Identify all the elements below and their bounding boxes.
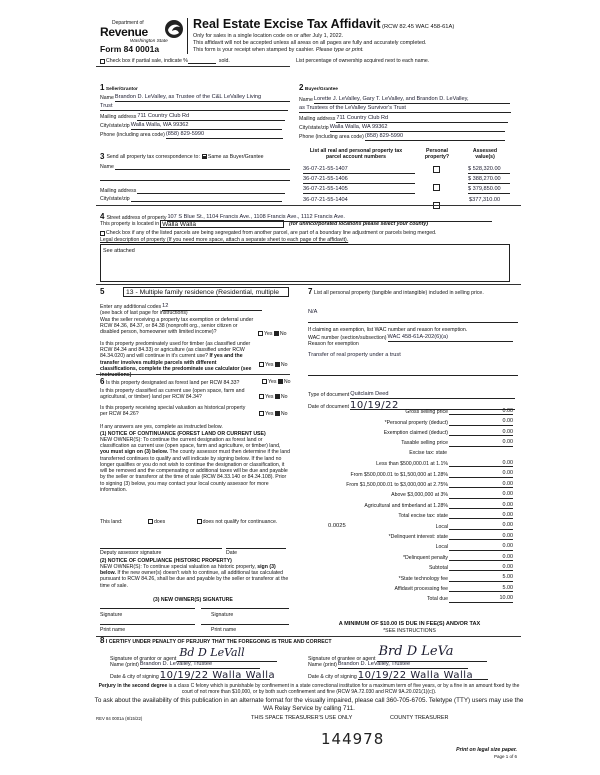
personal-property-line[interactable] bbox=[308, 322, 518, 323]
no-label: No bbox=[281, 394, 288, 400]
assessed-value-field[interactable]: $ 388,270.00 bbox=[468, 176, 510, 184]
personal-property-label: 7 List all personal property (tangible a… bbox=[308, 287, 513, 297]
tax-row: Gross selling price0.00 bbox=[303, 408, 513, 415]
historic-question: Is this property receiving special valua… bbox=[100, 405, 250, 417]
tax-value[interactable]: 0.00 bbox=[483, 522, 513, 529]
yes-label: Yes bbox=[268, 379, 276, 385]
grantee-date-field[interactable]: 10/19/22 Walla Walla bbox=[358, 670, 488, 680]
grantor-date-row: Date & city of signing 10/19/22 Walla Wa… bbox=[110, 670, 270, 680]
deputy-sig-line[interactable] bbox=[100, 548, 222, 549]
if-yes-note: If any answers are yes, complete as inst… bbox=[100, 424, 223, 430]
grantor-signature: Bd D LeVall bbox=[179, 646, 244, 659]
forest-question: 6 Is this property designated as forest … bbox=[100, 377, 260, 387]
buyer-city-row: City/state/zip Walla Walla, WA 99362 bbox=[299, 124, 505, 132]
partial-sale-row: Check box if partial sale, indicate % so… bbox=[100, 58, 230, 64]
seller-mailing-row: Mailing address 711 Country Club Rd bbox=[100, 113, 285, 121]
wac-number: WAC 458-61A-202(6)(a) bbox=[388, 334, 448, 340]
owner-sig-label-2: Signature bbox=[211, 612, 233, 618]
tax-label: From $500,000.01 to $1,500,000 at 1.28% bbox=[303, 472, 449, 478]
tax-row: Taxable selling price0.00 bbox=[303, 439, 513, 446]
grantee-name-label: Name (print) bbox=[308, 662, 337, 668]
buyer-city-field[interactable]: Walla Walla, WA 99362 bbox=[330, 124, 505, 132]
tax-row: From $500,000.01 to $1,500,000 at 1.28%0… bbox=[303, 470, 513, 477]
tax-label: Taxable selling price bbox=[303, 440, 449, 446]
seller-phone-label: Phone (including area code) bbox=[100, 132, 165, 138]
historic-no-checkbox[interactable] bbox=[275, 411, 280, 416]
section6-rule bbox=[96, 374, 290, 375]
minimum-due-note: A MINIMUM OF $10.00 IS DUE IN FEE(S) AND… bbox=[302, 621, 517, 628]
tax-label: Local bbox=[303, 524, 449, 530]
assessed-value: $ 379,850.00 bbox=[468, 186, 501, 192]
seller-name-field-2[interactable]: Trust bbox=[100, 103, 288, 111]
tax-value[interactable]: 0.00 bbox=[483, 408, 513, 415]
buyer-name-row2: as Trustees of the LeValley Survivor's T… bbox=[299, 105, 511, 113]
buyer-name-field-2[interactable]: as Trustees of the LeValley Survivor's T… bbox=[299, 105, 511, 113]
type-or-print-note: Please type or print. bbox=[316, 47, 364, 53]
location-select[interactable]: Walla Walla bbox=[160, 220, 284, 228]
tax-value[interactable]: 0.00 bbox=[483, 460, 513, 467]
title-row: Real Estate Excise Tax Affidavit (RCW 82… bbox=[193, 17, 454, 32]
leader-line bbox=[449, 462, 483, 467]
deputy-label: Deputy assessor signature bbox=[100, 550, 161, 556]
tax-label: Total excise tax: state bbox=[303, 513, 449, 519]
located-label: This property is located in bbox=[100, 221, 159, 227]
buyer-name-line2: as Trustees of the LeValley Survivor's T… bbox=[299, 105, 406, 111]
tax-value[interactable]: 0.00 bbox=[483, 564, 513, 571]
partial-sale-checkbox[interactable] bbox=[100, 59, 105, 64]
owner-print-label-2: Print name bbox=[211, 627, 236, 633]
historic-yes-checkbox[interactable] bbox=[259, 411, 264, 416]
seller-title: Seller/Grantor bbox=[106, 87, 138, 92]
tax-label: Exemption claimed (deduct) bbox=[303, 430, 449, 436]
exemption-yes-checkbox[interactable] bbox=[258, 331, 263, 336]
section5-rule bbox=[96, 284, 521, 285]
revenue-word: Revenue bbox=[100, 25, 148, 39]
buyer-city: Walla Walla, WA 99362 bbox=[330, 124, 388, 130]
parcel-number-field[interactable]: 36-07-21-55-1405 bbox=[303, 186, 415, 194]
owner-print-label-1: Print name bbox=[100, 627, 125, 633]
seller-name-label: Name bbox=[100, 95, 114, 101]
forest-question-text: Is this property designated as forest la… bbox=[106, 380, 240, 386]
buyer-phone-field[interactable]: (858) 829-5990 bbox=[365, 133, 505, 141]
accessibility-notice: To ask about the availability of this pu… bbox=[94, 697, 524, 712]
grantee-name-row: Name (print) Brandon D. LeValley, Truste… bbox=[308, 661, 468, 669]
buyer-heading: 2 Buyer/Grantee bbox=[299, 83, 338, 93]
seller-phone: (858) 829-5990 bbox=[166, 131, 204, 137]
tax-value[interactable]: 0.00 bbox=[483, 543, 513, 550]
seller-phone-field[interactable]: (858) 829-5990 bbox=[166, 131, 283, 139]
grantee-name: Brandon D. LeValley, Trustee bbox=[338, 661, 410, 667]
tax-row: *Personal property (deduct)0.00 bbox=[303, 418, 513, 425]
forest-answer: Yes No bbox=[262, 379, 291, 385]
exemption-answer: Yes No bbox=[258, 331, 287, 337]
tax-row: Less than $500,000.01 at 1.1%0.00 bbox=[303, 460, 513, 467]
does-not-label: does not qualify for continuance. bbox=[203, 519, 278, 525]
legal-label: Legal description of property (If you ne… bbox=[100, 237, 348, 243]
segregated-row: Check box if any of the listed parcels a… bbox=[100, 230, 436, 236]
grantor-name: Brandon D. LeValley, Trustee bbox=[140, 661, 212, 667]
county-treasurer-label: COUNTY TREASURER bbox=[390, 715, 448, 722]
corr-blank-line bbox=[100, 180, 290, 181]
page-title: Real Estate Excise Tax Affidavit bbox=[193, 17, 381, 31]
tax-row: Total due10.00 bbox=[303, 595, 513, 602]
personal-property-value: N/A bbox=[308, 309, 317, 316]
leader-line bbox=[449, 535, 483, 540]
section2-number: 2 bbox=[299, 83, 303, 92]
doc-type-row: Type of document Quitclaim Deed bbox=[308, 391, 515, 399]
no-label: No bbox=[281, 362, 288, 368]
header-divider bbox=[187, 18, 188, 54]
local-rate: 0.0025 bbox=[328, 523, 346, 530]
legal-description: See attached bbox=[103, 248, 135, 254]
seller-name-field[interactable]: Brandon D. LeValley, as Trustee of the C… bbox=[115, 94, 290, 102]
personal-property-checkbox[interactable] bbox=[433, 166, 440, 173]
reason-line[interactable] bbox=[308, 375, 518, 376]
revision-label: REV 84 0001a (8/15/22) bbox=[96, 716, 142, 721]
section6-number: 6 bbox=[100, 377, 104, 386]
treasurer-use-label: THIS SPACE TREASURER'S USE ONLY bbox=[251, 715, 352, 722]
personal-col-header: Personal property? bbox=[421, 148, 453, 160]
tax-label: From $1,500,000.01 to $3,000,000 at 2.75… bbox=[303, 482, 449, 488]
parcel-number-field[interactable]: 36-07-21-55-1406 bbox=[303, 176, 415, 184]
additional-codes: 12 bbox=[162, 303, 168, 309]
leader-line bbox=[449, 587, 483, 592]
timber-no-checkbox[interactable] bbox=[275, 362, 280, 367]
personal-property-checkbox[interactable] bbox=[433, 184, 440, 191]
notice1-part-c: The county assessor must then determine … bbox=[100, 449, 290, 492]
grantee-date-label: Date & city of signing bbox=[308, 674, 357, 680]
tax-value[interactable]: 0.00 bbox=[483, 533, 513, 540]
section8-number: 8 bbox=[100, 636, 104, 645]
leader-line bbox=[449, 431, 483, 436]
this-land-label: This land: bbox=[100, 519, 123, 525]
grantor-name-label: Name (print) bbox=[110, 662, 139, 668]
page-number: Page 1 of 6 bbox=[494, 754, 517, 759]
deputy-date-line[interactable] bbox=[226, 548, 286, 549]
perjury-notice: Perjury in the second degree is a class … bbox=[94, 683, 524, 695]
assessed-value-field[interactable]: $ 379,850.00 bbox=[468, 186, 510, 194]
yes-label: Yes bbox=[264, 331, 272, 337]
tax-label: Total due bbox=[303, 596, 449, 602]
section4-rule bbox=[96, 205, 521, 206]
personal-property-text: List all personal property (tangible and… bbox=[314, 290, 484, 296]
corr-name-label: Name bbox=[100, 164, 114, 170]
seller-city-field[interactable]: Walla Walla, WA 99362 bbox=[131, 122, 282, 130]
wac-field[interactable]: WAC 458-61A-202(6)(a) bbox=[388, 334, 513, 342]
assessed-value-field[interactable]: $ 528,320.00 bbox=[468, 166, 510, 174]
tax-label: *Personal property (deduct) bbox=[303, 420, 449, 426]
seller-phone-row: Phone (including area code) (858) 829-59… bbox=[100, 131, 283, 139]
current-use-answer: Yes No bbox=[259, 394, 288, 400]
assessed-col-header: Assessed value(s) bbox=[466, 148, 504, 160]
timber-yes-checkbox[interactable] bbox=[259, 362, 264, 367]
grantee-name-field[interactable]: Brandon D. LeValley, Trustee bbox=[338, 661, 468, 669]
parcel-row: 36-07-21-55-1406$ 388,270.00 bbox=[96, 8, 521, 16]
exemption-claim-label: If claiming an exemption, list WAC numbe… bbox=[308, 327, 467, 333]
sold-label: sold. bbox=[219, 58, 230, 64]
affidavit-page: Department of Revenue Washington State F… bbox=[96, 0, 521, 775]
grantor-date-city: 10/19/22 Walla Walla bbox=[160, 670, 275, 681]
does-qualify-checkbox[interactable] bbox=[148, 519, 153, 524]
extra-parcel-number: 36-07-21-55-1404 bbox=[303, 197, 348, 204]
segregated-label: Check box if any of the listed parcels a… bbox=[106, 230, 436, 236]
buyer-name-field[interactable]: Lorette J. LeValley, Gary T. LeValley, a… bbox=[314, 96, 510, 104]
ownership-note: List percentage of ownership acquired ne… bbox=[296, 58, 429, 64]
certify-statement: I CERTIFY UNDER PENALTY OF PERJURY THAT … bbox=[106, 639, 332, 645]
section3-number: 3 bbox=[100, 152, 104, 162]
seller-city: Walla Walla, WA 99362 bbox=[131, 122, 189, 128]
buyer-mailing-field[interactable]: 711 Country Club Rd bbox=[336, 115, 508, 123]
leader-line bbox=[449, 566, 483, 571]
yes-label: Yes bbox=[265, 411, 273, 417]
tax-value[interactable]: 0.00 bbox=[483, 429, 513, 436]
section1-rule bbox=[96, 66, 290, 67]
seller-name-line1: Brandon D. LeValley, as Trustee of the C… bbox=[115, 94, 261, 100]
same-as-buyer-checkbox[interactable] bbox=[202, 154, 207, 159]
receipt-note: This form is your receipt when stamped b… bbox=[193, 47, 314, 53]
corr-city-row: City/state/zip bbox=[100, 196, 282, 202]
seller-name-row2: Trust bbox=[100, 103, 288, 111]
corr-name-field[interactable] bbox=[115, 165, 290, 170]
tax-label: Above $3,000,000 at 3% bbox=[303, 492, 449, 498]
parcel-number: 36-07-21-55-1405 bbox=[303, 186, 348, 192]
leader-line bbox=[449, 577, 483, 582]
buyer-city-label: City/state/zip bbox=[299, 125, 329, 131]
tax-row: 0.0025Local0.00 bbox=[303, 522, 513, 529]
tax-value[interactable]: 0.00 bbox=[483, 418, 513, 425]
tax-heading: Excise tax: state bbox=[303, 450, 513, 456]
tax-row: Affidavit processing fee5.00 bbox=[303, 585, 513, 592]
leader-line bbox=[449, 494, 483, 499]
tax-label: Local bbox=[303, 544, 449, 550]
located-row: This property is located in Walla Walla … bbox=[100, 220, 428, 228]
rcw-reference: (RCW 82.45 WAC 458-61A) bbox=[382, 24, 454, 30]
leader-line bbox=[449, 556, 483, 561]
parcel-row: 36-07-21-55-1407$ 528,320.00 bbox=[96, 0, 521, 8]
corr-mailing-field[interactable] bbox=[137, 189, 285, 194]
current-use-no-checkbox[interactable] bbox=[275, 394, 280, 399]
grantor-date-field[interactable]: 10/19/22 Walla Walla bbox=[160, 670, 270, 680]
grantee-signature: Brd D LeVa bbox=[379, 644, 454, 660]
seller-name-line2: Trust bbox=[100, 103, 113, 109]
forest-yes-checkbox[interactable] bbox=[262, 379, 267, 384]
no-label: No bbox=[280, 331, 287, 337]
header-line3: This form is your receipt when stamped b… bbox=[193, 47, 364, 53]
tax-row: Above $3,000,000 at 3%0.00 bbox=[303, 491, 513, 498]
yes-label: Yes bbox=[265, 362, 273, 368]
parcel-col-header: List all real and personal property tax … bbox=[306, 148, 406, 160]
tax-value[interactable]: 5.00 bbox=[483, 585, 513, 592]
exemption-no-checkbox[interactable] bbox=[274, 331, 279, 336]
tax-label: Less than $500,000.01 at 1.1% bbox=[303, 461, 449, 467]
tax-row: From $1,500,000.01 to $3,000,000 at 2.75… bbox=[303, 481, 513, 488]
perjury-text: is a class C felony which is punishable … bbox=[169, 683, 520, 695]
tax-row: *Delinquent interest: state0.00 bbox=[303, 533, 513, 540]
buyer-phone: (858) 829-5990 bbox=[365, 133, 403, 139]
tax-value[interactable]: 10.00 bbox=[483, 595, 513, 602]
parcel-number-field[interactable]: 36-07-21-55-1407 bbox=[303, 166, 415, 174]
location-value: Walla Walla bbox=[162, 221, 196, 228]
assessed-value: $ 388,270.00 bbox=[468, 176, 501, 182]
leader-line bbox=[449, 483, 483, 488]
corr-mailing-row: Mailing address bbox=[100, 188, 285, 194]
tax-value[interactable]: 0.00 bbox=[483, 502, 513, 509]
tax-row: Agricultural and timberland at 1.28%0.00 bbox=[303, 502, 513, 509]
buyer-mailing-row: Mailing address 711 Country Club Rd bbox=[299, 115, 508, 123]
reason-label: Reason for exemption bbox=[308, 341, 359, 347]
stamp-number: 144978 bbox=[321, 730, 384, 748]
forest-no-checkbox[interactable] bbox=[278, 379, 283, 384]
tax-value[interactable]: 0.00 bbox=[483, 512, 513, 519]
seller-mailing: 711 Country Club Rd bbox=[137, 113, 189, 119]
buyer-mailing: 711 Country Club Rd bbox=[336, 115, 388, 121]
seller-name-row: Name Brandon D. LeValley, as Trustee of … bbox=[100, 94, 290, 102]
exemption-question: Was the seller receiving a property tax … bbox=[100, 317, 255, 336]
same-as-buyer-label: Same as Buyer/Grantee bbox=[208, 154, 264, 160]
tax-value[interactable]: 0.00 bbox=[483, 491, 513, 498]
does-label: does bbox=[154, 519, 165, 525]
leader-line bbox=[449, 598, 483, 603]
grantee-date-row: Date & city of signing 10/19/22 Walla Wa… bbox=[308, 670, 488, 680]
see-instructions-note: *SEE INSTRUCTIONS bbox=[302, 628, 517, 634]
notice1-part-b: you must sign on (3) below. bbox=[100, 449, 168, 455]
seller-heading: 1 Seller/Grantor bbox=[100, 83, 138, 93]
tax-value[interactable]: 0.00 bbox=[483, 470, 513, 477]
form-number: Form 84 0001a bbox=[100, 44, 159, 54]
extra-parcel-value: $377,310.00 bbox=[469, 197, 500, 204]
grantee-date-city: 10/19/22 Walla Walla bbox=[358, 670, 473, 681]
parcel-number: 36-07-21-55-1406 bbox=[303, 176, 348, 182]
use-code-value: 13 - Multiple family residence (Resident… bbox=[126, 289, 279, 296]
tax-label: Agricultural and timberland at 1.28% bbox=[303, 503, 449, 509]
tax-value[interactable]: 5.00 bbox=[483, 574, 513, 581]
tax-row: *Delinquent penalty0.00 bbox=[303, 554, 513, 561]
grantor-name-field[interactable]: Brandon D. LeValley, Trustee bbox=[140, 661, 260, 669]
exemption-reason: Transfer of real property under a trust bbox=[308, 352, 401, 359]
current-use-question: Is this property classified as current u… bbox=[100, 388, 250, 400]
use-code-select[interactable]: 13 - Multiple family residence (Resident… bbox=[123, 287, 289, 297]
deputy-date-label: Date bbox=[226, 550, 237, 556]
timber-question: Is this property predominately used for … bbox=[100, 341, 255, 378]
corr-city-label: City/state/zip bbox=[100, 196, 130, 202]
tax-calculation-table: Gross selling price0.00*Personal propert… bbox=[303, 408, 513, 608]
leader-line bbox=[449, 410, 483, 415]
tax-label: Gross selling price bbox=[303, 409, 449, 415]
tax-row: *State technology fee5.00 bbox=[303, 574, 513, 581]
section5-number: 5 bbox=[100, 287, 104, 297]
corr-city-field[interactable] bbox=[131, 197, 282, 202]
yes-label: Yes bbox=[265, 394, 273, 400]
owner-print-line-1[interactable] bbox=[100, 624, 195, 625]
does-not-qualify-checkbox[interactable] bbox=[197, 519, 202, 524]
print-legal-note: Print on legal size paper. bbox=[456, 747, 517, 753]
leader-line bbox=[449, 546, 483, 551]
no-label: No bbox=[284, 379, 291, 385]
doc-type-field[interactable]: Quitclaim Deed bbox=[350, 391, 515, 399]
tax-label: Subtotal bbox=[303, 565, 449, 571]
timber-answer: Yes No bbox=[259, 362, 288, 368]
correspondence-row: 3 Send all property tax correspondence t… bbox=[100, 152, 264, 162]
owner-sig-line-1[interactable] bbox=[100, 608, 195, 609]
buyer-phone-label: Phone (including area code) bbox=[299, 134, 364, 140]
tax-value[interactable]: 0.00 bbox=[483, 481, 513, 488]
parcel-number: 36-07-21-55-1407 bbox=[303, 166, 348, 172]
grantor-date-label: Date & city of signing bbox=[110, 674, 159, 680]
notice-compliance-text: NEW OWNER(S): To continue special valuat… bbox=[100, 564, 290, 589]
buyer-name-row: Name Lorette J. LeValley, Gary T. LeVall… bbox=[299, 96, 510, 104]
see-back-note: (see back of last page for instructions) bbox=[100, 310, 188, 316]
header-line1: Only for sales in a single location code… bbox=[193, 33, 343, 39]
legal-description-box[interactable]: See attached bbox=[100, 244, 510, 282]
owner-sig-line-2[interactable] bbox=[201, 608, 289, 609]
doc-type-label: Type of document bbox=[308, 392, 349, 398]
corr-name-row: Name bbox=[100, 164, 290, 170]
leader-line bbox=[449, 442, 483, 447]
seller-city-row: City/state/zip Walla Walla, WA 99362 bbox=[100, 122, 282, 130]
historic-answer: Yes No bbox=[259, 411, 288, 417]
tax-row: Exemption claimed (deduct)0.00 bbox=[303, 429, 513, 436]
seller-mailing-label: Mailing address bbox=[100, 114, 136, 120]
notice2-part-c: If the new owner(s) doesn't wish to cont… bbox=[100, 570, 288, 588]
buyer-phone-row: Phone (including area code) (858) 829-59… bbox=[299, 133, 505, 141]
buyer-title: Buyer/Grantee bbox=[305, 87, 338, 92]
no-label: No bbox=[281, 411, 288, 417]
doc-type: Quitclaim Deed bbox=[350, 391, 388, 397]
certify-row: 8 I CERTIFY UNDER PENALTY OF PERJURY THA… bbox=[100, 636, 332, 646]
segregated-checkbox[interactable] bbox=[100, 231, 105, 236]
leader-line bbox=[449, 473, 483, 478]
tax-row: Excise tax: state bbox=[303, 450, 513, 456]
tax-value[interactable]: 0.00 bbox=[483, 554, 513, 561]
buyer-mailing-label: Mailing address bbox=[299, 116, 335, 122]
notice1-part-a: NEW OWNER(S): To continue the current de… bbox=[100, 437, 281, 449]
notice2-part-a: NEW OWNER(S): To continue special valuat… bbox=[100, 564, 256, 570]
seller-mailing-field[interactable]: 711 Country Club Rd bbox=[137, 113, 285, 121]
current-use-yes-checkbox[interactable] bbox=[259, 394, 264, 399]
leader-line bbox=[449, 421, 483, 426]
tax-label: Affidavit processing fee bbox=[303, 586, 449, 592]
owner-print-line-2[interactable] bbox=[201, 624, 289, 625]
partial-sale-percent-field[interactable] bbox=[188, 59, 216, 64]
leader-line bbox=[449, 525, 483, 530]
tax-label: *Delinquent interest: state bbox=[303, 534, 449, 540]
located-note: (for unincorporated locations please sel… bbox=[289, 221, 428, 227]
tax-row: Subtotal0.00 bbox=[303, 564, 513, 571]
tax-label: *State technology fee bbox=[303, 576, 449, 582]
section7-number: 7 bbox=[308, 287, 312, 296]
this-land-row: This land: does does not qualify for con… bbox=[100, 519, 290, 525]
perjury-bold: Perjury in the second degree bbox=[99, 683, 168, 689]
owner-sig-label-1: Signature bbox=[100, 612, 122, 618]
correspondence-label: Send all property tax correspondence to: bbox=[106, 154, 199, 160]
tax-row: Local0.00 bbox=[303, 543, 513, 550]
buyer-name-label: Name bbox=[299, 97, 313, 103]
tax-value[interactable]: 0.00 bbox=[483, 439, 513, 446]
tax-row: Total excise tax: state0.00 bbox=[303, 512, 513, 519]
seller-city-label: City/state/zip bbox=[100, 123, 130, 129]
corr-mailing-label: Mailing address bbox=[100, 188, 136, 194]
assessed-value: $ 528,320.00 bbox=[468, 166, 501, 172]
leader-line bbox=[449, 504, 483, 509]
dor-swirl-icon bbox=[164, 19, 184, 39]
new-owner-sig-title: (3) NEW OWNER(S) SIGNATURE bbox=[96, 597, 290, 603]
section1-number: 1 bbox=[100, 83, 104, 92]
notice-continuance-text: NEW OWNER(S): To continue the current de… bbox=[100, 437, 290, 493]
grantor-name-row: Name (print) Brandon D. LeValley, Truste… bbox=[110, 661, 260, 669]
partial-sale-label: Check box if partial sale, indicate % bbox=[106, 58, 188, 64]
header-line2: This affidavit will not be accepted unle… bbox=[193, 40, 426, 46]
buyer-name-line1: Lorette J. LeValley, Gary T. LeValley, a… bbox=[314, 96, 469, 102]
